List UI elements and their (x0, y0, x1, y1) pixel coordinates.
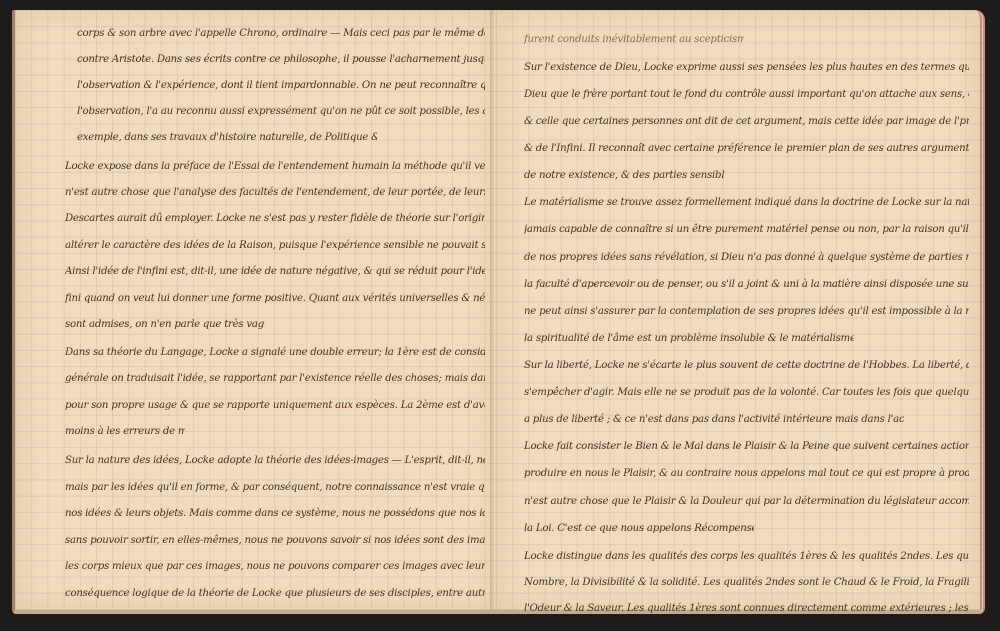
text-line: & celle que certaines personnes ont dit … (524, 115, 969, 129)
text-line: la faculté d'apercevoir ou de penser, ou… (524, 278, 969, 292)
text-line: Locke expose dans la préface de l'Essai … (65, 160, 485, 174)
right-page: furent conduits inévitablement au scepti… (496, 10, 985, 614)
text-line: ne peut ainsi s'assurer par la contempla… (524, 305, 969, 319)
text-line: n'est autre chose que l'analyse des facu… (65, 186, 485, 200)
text-line: de notre existence, & des parties sensib… (524, 169, 724, 183)
text-line: corps & son arbre avec l'appelle Chrono,… (77, 27, 485, 41)
text-line: a plus de liberté ; & ce n'est dans pas … (524, 413, 904, 427)
text-line: exemple, dans ses travaux d'histoire nat… (77, 131, 377, 145)
text-line: n'est autre chose que le Plaisir & la Do… (524, 495, 969, 509)
left-page: corps & son arbre avec l'appelle Chrono,… (12, 10, 497, 614)
text-line: fini quand on veut lui donner une forme … (65, 292, 485, 306)
text-line: altérer le caractère des idées de la Rai… (65, 239, 485, 253)
text-line: de nos propres idées sans révélation, si… (524, 251, 969, 265)
text-line: jamais capable de connaître si un être p… (524, 223, 969, 237)
text-line: Sur la liberté, Locke ne s'écarte le plu… (524, 359, 969, 373)
text-line: mais par les idées qu'il en forme, & par… (65, 481, 485, 495)
text-line: & de l'Infini. Il reconnaît avec certain… (524, 142, 969, 156)
text-line: Descartes aurait dû employer. Locke ne s… (65, 212, 485, 226)
text-line: l'Odeur & la Saveur. Les qualités 1ères … (524, 602, 969, 616)
text-line: les corps mieux que par ces images, nous… (65, 560, 485, 574)
text-line: nos idées & leurs objets. Mais comme dan… (65, 507, 485, 521)
text-line: pour son propre usage & que se rapporte … (65, 399, 485, 413)
text-line: générale on traduisait l'idée, se rappor… (65, 372, 485, 386)
notebook-spread: corps & son arbre avec l'appelle Chrono,… (12, 10, 990, 620)
text-line: Le matérialisme se trouve assez formelle… (524, 196, 969, 210)
text-line: l'observation, l'a au reconnu aussi expr… (77, 105, 485, 119)
text-line: l'observation & l'expérience, dont il ti… (77, 79, 485, 93)
text-line: Sur la nature des idées, Locke adopte la… (65, 454, 485, 468)
text-line: conséquence logique de la théorie de Loc… (65, 587, 485, 601)
text-line: produire en nous le Plaisir, & au contra… (524, 467, 969, 481)
text-line: Dans sa théorie du Langage, Locke a sign… (65, 346, 485, 360)
text-line: Sur l'existence de Dieu, Locke exprime a… (524, 61, 969, 75)
text-line: furent conduits inévitablement au scepti… (524, 33, 744, 47)
text-line: sont admises, on n'en parle que très vag… (65, 318, 265, 332)
text-line: Locke fait consister le Bien & le Mal da… (524, 440, 969, 454)
text-line: Locke distingue dans les qualités des co… (524, 550, 969, 564)
text-line: Nombre, la Divisibilité & la solidité. L… (524, 576, 969, 590)
text-line: la Loi. C'est ce que nous appelons Récom… (524, 522, 754, 536)
text-line: moins à les erreurs de mots — (65, 425, 185, 439)
text-line: s'empêcher d'agir. Mais elle ne se produ… (524, 386, 969, 400)
text-line: contre Aristote. Dans ses écrits contre … (77, 53, 485, 67)
text-line: la spiritualité de l'âme est un problème… (524, 332, 854, 346)
text-line: Dieu que le frère portant tout le fond d… (524, 88, 969, 102)
text-line: sans pouvoir sortir, en elles-mêmes, nou… (65, 534, 485, 548)
text-line: Ainsi l'idée de l'infini est, dit-il, un… (65, 265, 485, 279)
